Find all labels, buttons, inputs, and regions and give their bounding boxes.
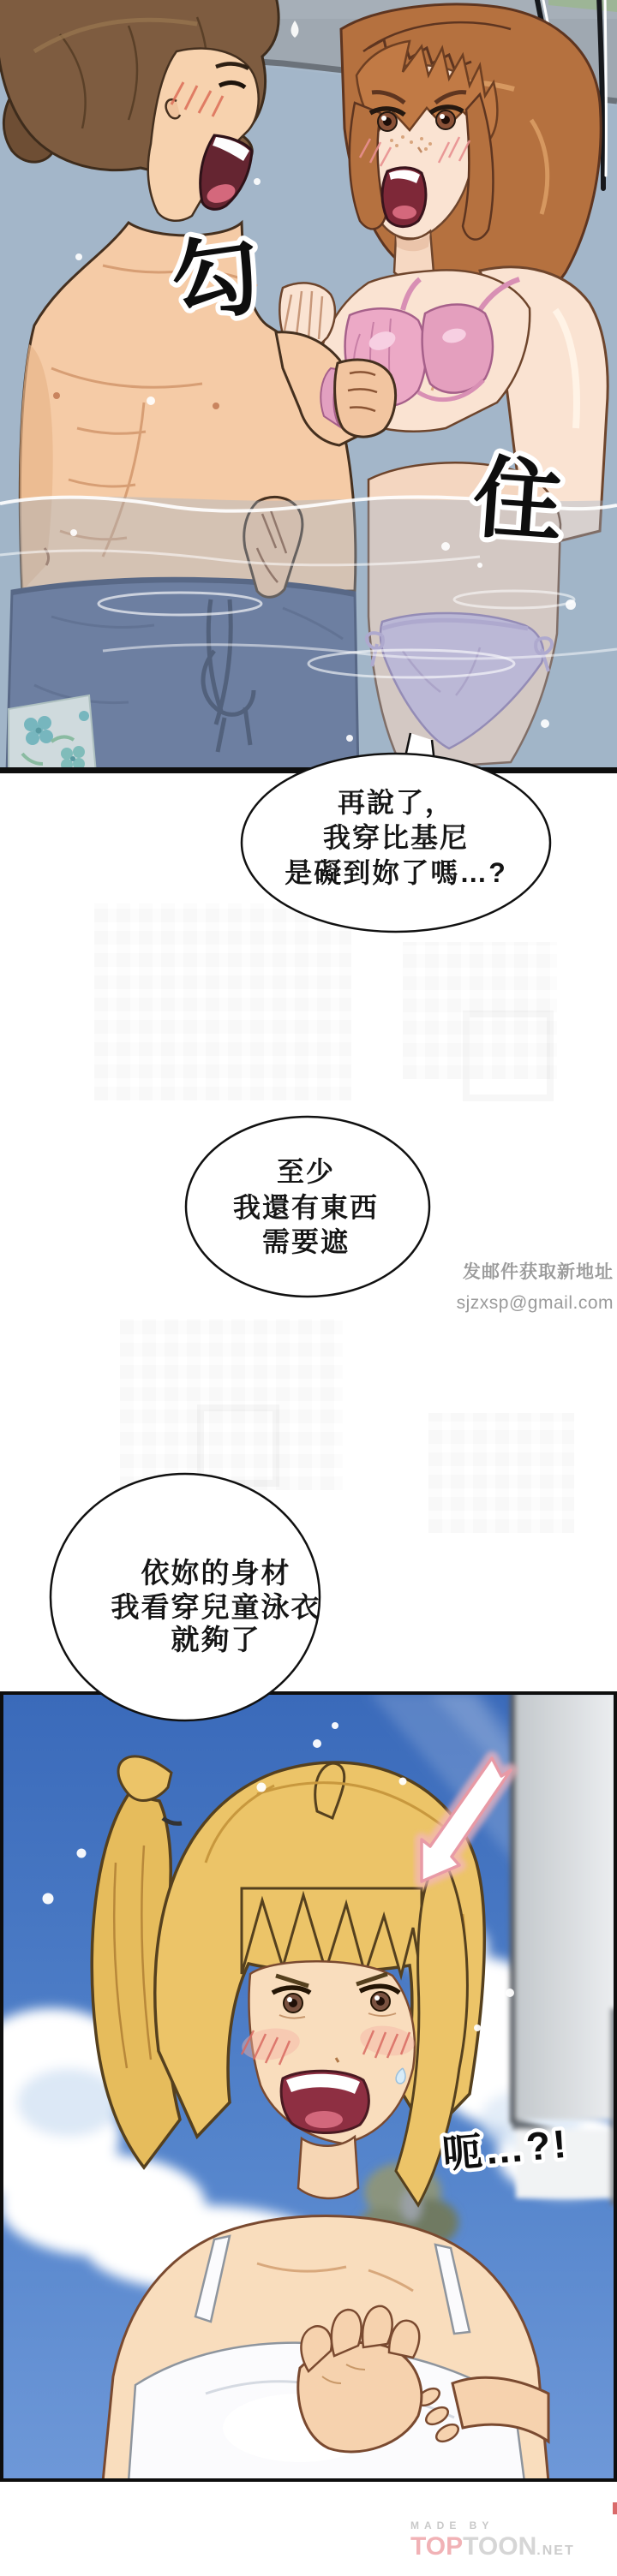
bubble-1-line-3: 是礙到妳了嗎…? [285, 857, 507, 888]
qr-watermark-ghost [94, 903, 351, 1100]
panel-1-bottom-border [0, 767, 617, 773]
qr-watermark-ghost [120, 1319, 343, 1490]
brand-logo-top: TOP [410, 2532, 463, 2561]
bubble-3-line-2: 我看穿兒童泳衣 [111, 1591, 321, 1623]
panel-1-pool-scene: 勾 住 [0, 0, 617, 773]
panel-2-girl-scene: 呃…?! [0, 1691, 617, 2482]
brand-logo: TOPTOON.NET [410, 2534, 575, 2564]
bubble-1-line-1: 再說了， [338, 787, 454, 819]
edge-artifact [613, 2502, 617, 2514]
qr-watermark-ghost [463, 1011, 554, 1101]
qr-watermark-ghost [403, 942, 557, 1079]
sfx-text-gou: 勾 [165, 224, 267, 335]
address-watermark: 发邮件获取新地址 sjzxsp@gmail.com [457, 1257, 614, 1319]
qr-watermark-ghost [197, 1404, 279, 1487]
made-by-label: MADE BY [410, 2519, 575, 2531]
qr-watermark-ghost [428, 1413, 574, 1533]
brand-logo-net: .NET [536, 2543, 574, 2558]
speech-bubble-3: 依妳的身材 我看穿兒童泳衣 就夠了 [51, 1474, 321, 1720]
footer-watermark: MADE BY TOPTOON.NET [410, 2519, 575, 2564]
sfx-text-zhu: 住 [470, 449, 566, 554]
speech-bubble-2: 至少 我還有東西 需要遮 [186, 1117, 429, 1297]
bubble-2-line-3: 需要遮 [262, 1226, 350, 1257]
brand-logo-toon: TOON [463, 2532, 536, 2561]
address-watermark-line-1: 发邮件获取新地址 [457, 1257, 614, 1288]
bubble-1-line-2: 我穿比基尼 [323, 822, 469, 853]
webtoon-page: { "page": {"width": 720, "height": 3008,… [0, 0, 617, 2576]
bubble-3-line-1: 依妳的身材 [141, 1557, 291, 1589]
address-watermark-line-2: sjzxsp@gmail.com [457, 1288, 614, 1319]
bubble-2-line-1: 至少 [277, 1156, 335, 1187]
bubble-2-line-2: 我還有東西 [233, 1192, 379, 1223]
bubble-3-line-3: 就夠了 [171, 1624, 261, 1655]
